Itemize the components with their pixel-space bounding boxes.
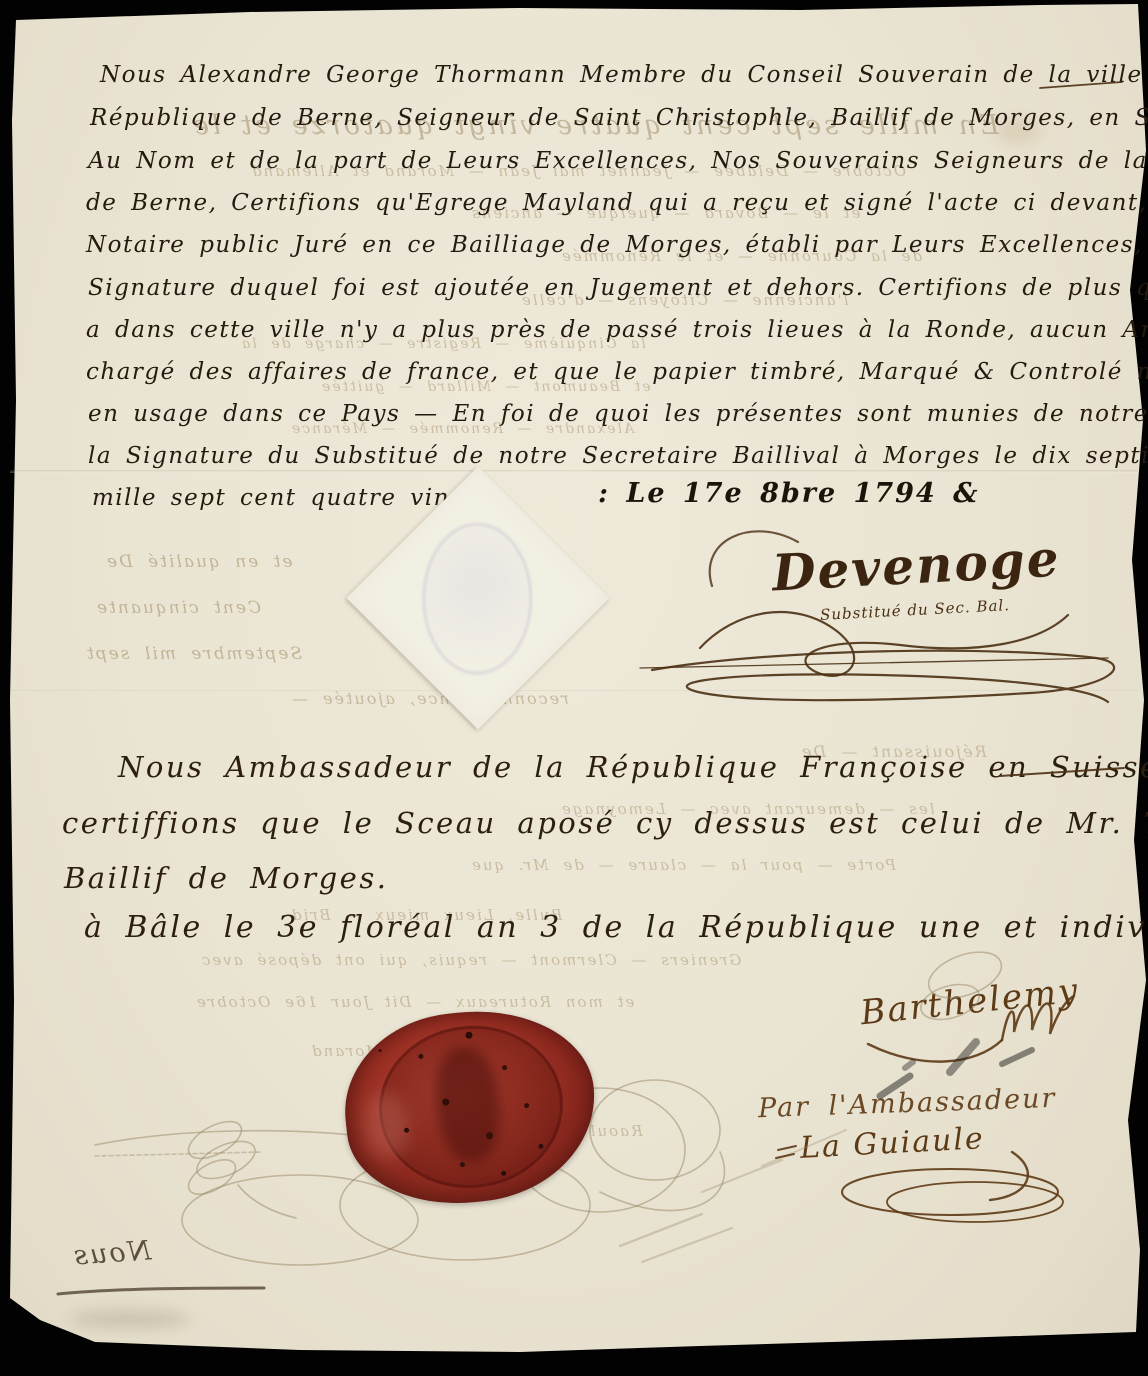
- ambassador-line: Baillif de Morges.: [64, 861, 388, 895]
- ambassador-line: certiffions que le Sceau aposé cy dessus…: [62, 806, 1148, 840]
- ghost-fragment: et en qualité De: [105, 552, 293, 572]
- manuscript-line: Signature duquel foi est ajoutée en Juge…: [88, 275, 1148, 301]
- seal-specks: [378, 1049, 381, 1052]
- manuscript-line: a dans cette ville n'y a plus près de pa…: [86, 317, 1148, 343]
- manuscript-line: mille sept cent quatre vingt: [92, 485, 477, 511]
- manuscript-line: chargé des affaires de france, et que le…: [86, 359, 1148, 385]
- manuscript-line: Au Nom et de la part de Leurs Excellence…: [88, 148, 1148, 174]
- manuscript-line: Notaire public Juré en ce Bailliage de M…: [86, 232, 1148, 258]
- ghost-fragment: reconnaissance, ajoutée —: [290, 689, 569, 708]
- ambassador-line: Nous Ambassadeur de la République Franço…: [118, 750, 1148, 784]
- ghost-fragment: Cent cinquante: [95, 598, 261, 618]
- manuscript-line: République de Berne, Seigneur de Saint C…: [90, 105, 1148, 131]
- manuscript-scan: En mille sept cent quatre vingt quatorze…: [0, 0, 1148, 1376]
- date-line: : Le 17e 8bre 1794 &: [598, 478, 979, 509]
- fold-crease: [10, 470, 1138, 473]
- embossed-oval-impression: [422, 523, 532, 675]
- manuscript-line: en usage dans ce Pays — En foi de quoi l…: [88, 401, 1148, 427]
- ambassador-line: à Bâle le 3e floréal an 3 de la Républiq…: [84, 910, 1148, 945]
- ghost-fragment: Septembre mil sept: [85, 644, 302, 664]
- fold-crease: [10, 690, 1138, 692]
- paper-stain: [70, 1310, 190, 1328]
- manuscript-line: Nous Alexandre George Thormann Membre du…: [100, 62, 1148, 88]
- mirrored-nous-showthrough: Nous: [71, 1235, 152, 1271]
- manuscript-line: de Berne, Certifions qu'Egrege Mayland q…: [86, 190, 1148, 216]
- manuscript-line: la Signature du Substitué de notre Secre…: [88, 443, 1148, 469]
- ghost-fragment: et mon Rotureaux — Dit Jour 16e Octobre: [195, 993, 634, 1011]
- ghost-fragment: Greniers — Clermont — requis, qui ont dé…: [200, 951, 741, 969]
- ghost-fragment: Porte — pour la — claure — de Mr. que: [470, 856, 896, 874]
